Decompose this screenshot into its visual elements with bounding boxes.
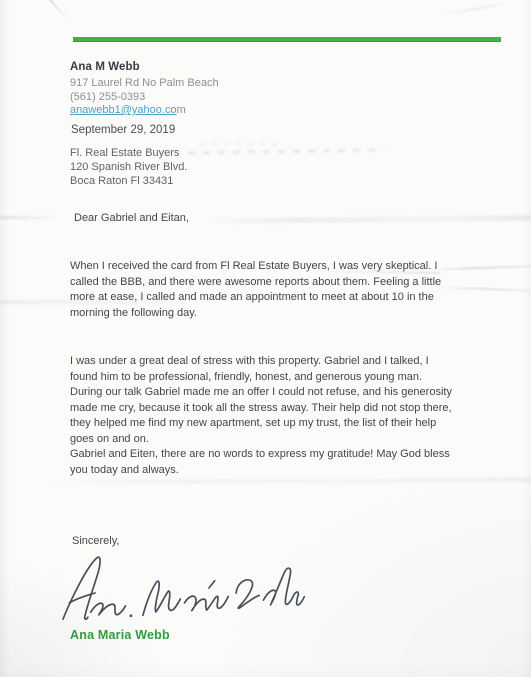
body-line: more at ease, I called and made an appoi…	[70, 290, 500, 306]
body-line: I was under a great deal of stress with …	[70, 354, 500, 370]
salutation: Dear Gabriel and Eitan,	[74, 212, 189, 224]
scanned-letter-page: Ana M Webb 917 Laurel Rd No Palm Beach (…	[0, 0, 531, 677]
typed-signature-name: Ana Maria Webb	[70, 628, 170, 642]
sender-block: Ana M Webb 917 Laurel Rd No Palm Beach (…	[70, 61, 219, 118]
letterhead-rule	[73, 37, 501, 42]
body-line: When I received the card from Fl Real Es…	[70, 259, 500, 275]
paper-crease	[0, 216, 62, 219]
recipient-company: Fl. Real Estate Buyers	[70, 146, 187, 160]
letter-date: September 29, 2019	[71, 124, 175, 136]
paper-crease	[37, 0, 69, 21]
body-paragraph-2: I was under a great deal of stress with …	[70, 354, 500, 478]
body-line: During our talk Gabriel made me an offer…	[70, 385, 500, 401]
body-line: Gabriel and Eiten, there are no words to…	[70, 447, 500, 463]
body-line: morning the following day.	[70, 306, 500, 322]
body-line: they helped me find my new apartment, se…	[70, 416, 500, 432]
handwritten-signature	[55, 547, 308, 634]
body-line: you today and always.	[70, 463, 500, 479]
body-line: made me cry, because it took all the str…	[70, 401, 500, 417]
closing: Sincerely,	[72, 535, 119, 547]
sender-name: Ana M Webb	[70, 61, 219, 73]
body-line: called the BBB, and there were awesome r…	[70, 275, 500, 291]
paper-crease	[440, 2, 509, 16]
recipient-street: 120 Spanish River Blvd.	[70, 160, 187, 174]
sender-phone: (561) 255-0393	[70, 91, 219, 105]
body-line: goes on and on.	[70, 432, 500, 448]
paper-crease	[200, 215, 531, 223]
ink-bleedthrough-mark	[188, 149, 384, 155]
paper-crease	[40, 478, 531, 485]
sender-address: 917 Laurel Rd No Palm Beach	[70, 77, 219, 91]
recipient-block: Fl. Real Estate Buyers 120 Spanish River…	[70, 146, 187, 188]
email-link[interactable]: anawebb1@yahoo.co	[70, 104, 177, 116]
recipient-city: Boca Raton Fl 33431	[70, 174, 187, 188]
sender-email: anawebb1@yahoo.com	[70, 104, 219, 118]
ink-bleedthrough-mark	[200, 143, 280, 145]
email-tail-text: m	[177, 104, 186, 116]
body-line: found him to be professional, friendly, …	[70, 370, 500, 386]
body-paragraph-1: When I received the card from Fl Real Es…	[70, 259, 500, 321]
